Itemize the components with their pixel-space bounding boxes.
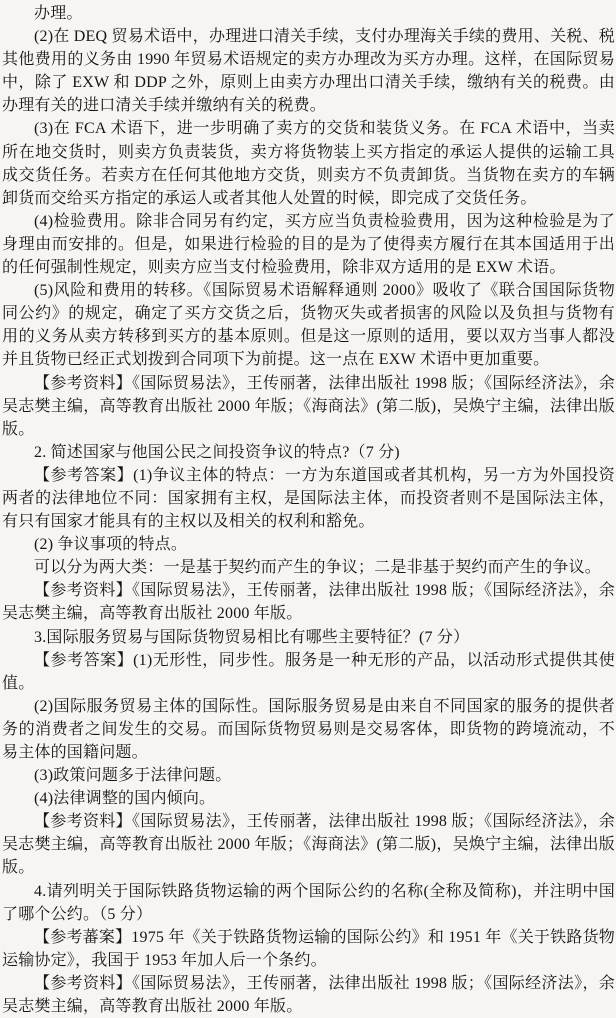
text-line: 运输协定》，我国于 1953 年加人后一个条约。 xyxy=(2,949,615,972)
text-line: 版。 xyxy=(2,418,615,441)
text-line: 用的义务从卖方转移到买方的基本原则。但是这一原则的适用，要以双方当事人都没有过失 xyxy=(2,325,615,348)
text-line: 3.国际服务贸易与国际货物贸易相比有哪些主要特征？(7 分） xyxy=(2,626,615,649)
text-line: 【参考蕃案】1975 年《关于铁路货物运输的国际公约》和 1951 年《关于铁路… xyxy=(2,926,615,949)
text-line: 【参考资料】《国际贸易法》，王传丽著，法律出版社 1998 版；《国际经济法》，… xyxy=(2,810,615,833)
text-line: 并且货物已经正式划拨到合同项下为前提。这一点在 EXW 术语中更加重要。 xyxy=(2,348,615,371)
text-line: (2)在 DEQ 贸易术语中，办理进口清关手续，支付办理海关手续的费用、关税、税… xyxy=(2,25,615,48)
text-line: 其他费用的义务由 1990 年贸易术语规定的卖方办理改为买方办理。这样，在国际贸… xyxy=(2,48,615,71)
text-line: (2) 争议事项的特点。 xyxy=(2,533,615,556)
text-line: 吴志樊主编，高等教育出版社 2000 年版；《海商法》(第二版)，吴焕宁主编，法… xyxy=(2,395,615,418)
text-line: 务的消费者之间发生的交易。而国际货物贸易则是交易客体，即货物的跨境流动，不考虑交 xyxy=(2,718,615,741)
text-line: 身理由而安排的。但是，如果进行检验的目的是为了使得卖方履行在其本国适用于出口货物 xyxy=(2,233,615,256)
text-line: 吴志樊主编，高等教育出版社 2000 年版。 xyxy=(2,602,615,625)
text-line: (4)检验费用。除非合同另有约定，买方应当负责检验费用，因为这种检验是为了他自 xyxy=(2,210,615,233)
text-line: (4)法律调整的国内倾向。 xyxy=(2,787,615,810)
text-line: 两者的法律地位不同：国家拥有主权，是国际法主体，而投资者则不是国际法主体，也不享 xyxy=(2,487,615,510)
text-line: 4.请列明关于国际铁路货物运输的两个国际公约的名称(全称及简称)，并注明中国加入 xyxy=(2,880,615,903)
text-line: 【参考资料】《国际贸易法》，王传丽著，法律出版社 1998 版；《国际经济法》，… xyxy=(2,972,615,995)
text-line: 有只有国家才能具有的主权以及相关的权利和豁免。 xyxy=(2,510,615,533)
text-line: 中，除了 EXW 和 DDP 之外，原则上由卖方办理出口清关手续，缴纳有关的税费… xyxy=(2,71,615,94)
text-line: 易主体的国籍问题。 xyxy=(2,741,615,764)
text-line: 的任何强制性规定，则卖方应当支付检验费用，除非双方适用的是 EXW 术语。 xyxy=(2,256,615,279)
text-line: 了哪个公约。（5 分） xyxy=(2,903,615,926)
text-line: (3)在 FCA 术语下，进一步明确了卖方的交货和装货义务。在 FCA 术语中，… xyxy=(2,117,615,140)
text-line: 【参考资料】《国际贸易法》，王传丽著，法律出版社 1998 版；《国际经济法》，… xyxy=(2,372,615,395)
text-line: 【参考资料】《国际贸易法》，王传丽著，法律出版社 1998 版；《国际经济法》，… xyxy=(2,579,615,602)
text-line: 所在地交货时，则卖方负责装货，卖方将货物装上买方指定的承运人提供的运输工具时，完 xyxy=(2,141,615,164)
text-line: 成交货任务。若卖方在任何其他地方交货，则卖方不负责卸货。当货物在卖方的车辆上尚未 xyxy=(2,164,615,187)
text-line: 2. 简述国家与他国公民之间投资争议的特点?（7 分) xyxy=(2,441,615,464)
text-line: (2)国际服务贸易主体的国际性。国际服务贸易是由来自不同国家的服务的提供者和服 xyxy=(2,695,615,718)
scanned-page: 办理。(2)在 DEQ 贸易术语中，办理进口清关手续，支付办理海关手续的费用、关… xyxy=(0,0,616,1018)
text-line: (3)政策问题多于法律问题。 xyxy=(2,764,615,787)
text-line: 值。 xyxy=(2,672,615,695)
text-line: 办理。 xyxy=(2,2,615,25)
text-line: 卸货而交给买方指定的承运人或者其他人处置的时候，即完成了交货任务。 xyxy=(2,187,615,210)
text-line: 吴志樊主编，高等教育出版社 2000 年版。 xyxy=(2,995,615,1018)
text-line: 同公约》的规定，确定了买方交货之后，货物灭失或者损害的风险以及负担与货物有关的费 xyxy=(2,302,615,325)
document-body: 办理。(2)在 DEQ 贸易术语中，办理进口清关手续，支付办理海关手续的费用、关… xyxy=(2,2,615,1018)
text-line: (5)风险和费用的转移。《国际贸易术语解释通则 2000》吸收了《联合国国际货物… xyxy=(2,279,615,302)
text-line: 版。 xyxy=(2,856,615,879)
text-line: 办理有关的进口清关手续并缴纳有关的税费。 xyxy=(2,94,615,117)
text-line: 吴志樊主编，高等教育出版社 2000 年版；《海商法》(第二版)，吴焕宁主编，法… xyxy=(2,833,615,856)
text-line: 【参考答案】(1)无形性，同步性。服务是一种无形的产品，以活动形式提供其使用价 xyxy=(2,649,615,672)
text-line: 【参考答案】(1)争议主体的特点：一方为东道国或者其机构，另一方为外国投资者， xyxy=(2,464,615,487)
text-line: 可以分为两大类：一是基于契约而产生的争议；二是非基于契约而产生的争议。 xyxy=(2,556,615,579)
